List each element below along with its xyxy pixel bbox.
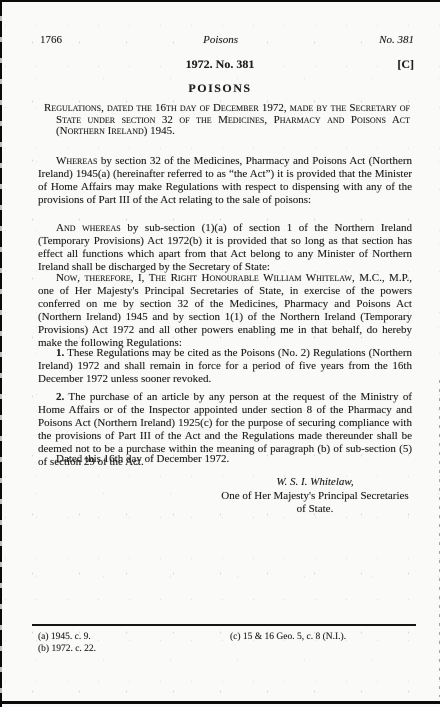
signature-block: W. S. I. Whitelaw, One of Her Majesty's …	[220, 476, 410, 517]
footnote-c: (c) 15 & 16 Geo. 5, c. 8 (N.I.).	[230, 632, 346, 644]
regulation-number: 1.	[56, 347, 64, 359]
scan-border-bottom	[0, 701, 440, 704]
page-number: 1766	[40, 34, 62, 46]
scanned-document-page: 1766 Poisons No. 381 1972. No. 381 [C] P…	[0, 0, 440, 707]
recital-lead: And whereas	[56, 222, 121, 234]
scan-border-top	[0, 0, 440, 2]
regulation-text: These Regulations may be cited as the Po…	[38, 347, 412, 385]
recital-lead: Whereas	[56, 155, 98, 167]
footnote-divider	[36, 624, 416, 626]
recital-and-whereas: And whereas by sub-section (1)(a) of sec…	[38, 222, 412, 274]
recital-now-therefore: Now, therefore, I, The Right Honourable …	[38, 272, 412, 349]
signature-name: W. S. I. Whitelaw,	[220, 476, 410, 490]
regulation-heading: Regulations, dated the 16th day of Decem…	[44, 103, 410, 138]
page-header: 1766 Poisons No. 381	[40, 34, 414, 46]
recital-whereas: Whereas by section 32 of the Medicines, …	[38, 155, 412, 207]
scan-border-left	[0, 0, 2, 707]
recital-lead: Now, therefore, I, The Right Honourable …	[56, 272, 412, 284]
recital-text: one of Her Majesty's Principal Secretari…	[38, 285, 412, 349]
statutory-rule-number: 1972. No. 381	[0, 57, 440, 72]
subject-title: POISONS	[0, 81, 440, 96]
footnotes: (a) 1945. c. 9. (b) 1972. c. 22. (c) 15 …	[38, 632, 412, 655]
running-title: Poisons	[203, 34, 238, 46]
dated-line: Dated this 16th day of December 1972.	[38, 453, 229, 465]
footnote-a: (a) 1945. c. 9.	[38, 632, 412, 644]
corner-mark: [C]	[397, 57, 414, 72]
signature-office: One of Her Majesty's Principal Secretari…	[220, 490, 410, 517]
regulation-1: 1. These Regulations may be cited as the…	[38, 347, 412, 386]
footnote-b: (b) 1972. c. 22.	[38, 644, 412, 656]
running-number: No. 381	[379, 34, 414, 46]
regulation-number: 2.	[56, 391, 64, 403]
